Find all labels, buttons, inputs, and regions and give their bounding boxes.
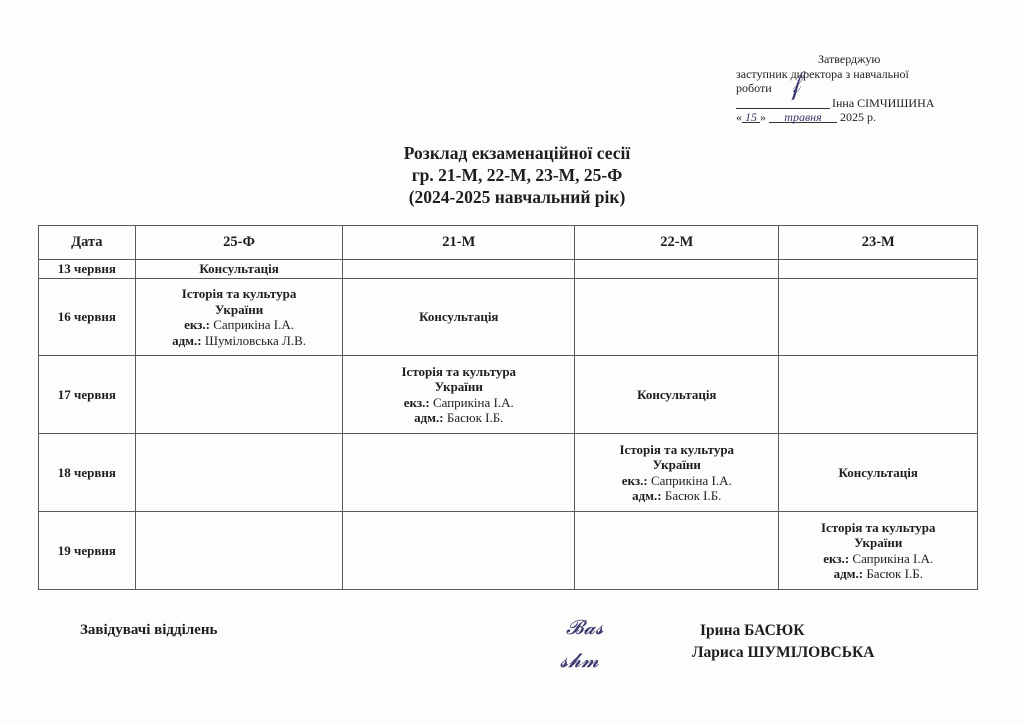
cell-empty (135, 356, 343, 434)
table-row: 19 червня Історія та культура України ек… (39, 512, 978, 590)
approval-block: Затверджую заступник директора з навчаль… (736, 52, 976, 125)
table-row: 13 червня Консультація (39, 260, 978, 279)
approval-day: 15 (742, 110, 760, 123)
row-date: 18 червня (39, 434, 136, 512)
header-23m: 23-М (779, 226, 978, 260)
cell-exam: Історія та культура України екз.: Саприк… (343, 356, 575, 434)
header-25f: 25-Ф (135, 226, 343, 260)
footer-name-1: Ірина БАСЮК (694, 620, 874, 642)
header-date: Дата (39, 226, 136, 260)
approval-signature-line: Інна СІМЧИШИНА (736, 96, 976, 111)
cell-empty (135, 512, 343, 590)
signature-icon: 𝓑𝓪𝓼 (566, 615, 604, 639)
signature-blank (736, 96, 830, 109)
cell-exam: Історія та культура України екз.: Саприк… (779, 512, 978, 590)
approval-date: «15»травня2025 р. (736, 110, 976, 125)
table-header-row: Дата 25-Ф 21-М 22-М 23-М (39, 226, 978, 260)
cell-empty (135, 434, 343, 512)
cell-empty (779, 356, 978, 434)
exam-schedule-table: Дата 25-Ф 21-М 22-М 23-М 13 червня Консу… (38, 225, 978, 590)
cell-consultation: Консультація (575, 356, 779, 434)
cell-consultation: Консультація (779, 434, 978, 512)
cell-empty (575, 279, 779, 356)
cell-empty (779, 279, 978, 356)
cell-empty (343, 512, 575, 590)
cell-empty (343, 434, 575, 512)
approval-heading: Затверджую (736, 52, 976, 67)
table-row: 18 червня Історія та культура України ек… (39, 434, 978, 512)
table-row: 17 червня Історія та культура України ек… (39, 356, 978, 434)
approval-position: заступник директора з навчальної (736, 67, 976, 82)
row-date: 17 червня (39, 356, 136, 434)
signature-icon: 𝓼𝓱𝓶 (560, 648, 599, 672)
cell-empty (779, 260, 978, 279)
row-date: 19 червня (39, 512, 136, 590)
header-22m: 22-М (575, 226, 779, 260)
approval-signer: Інна СІМЧИШИНА (832, 96, 934, 111)
cell-exam: Історія та культура України екз.: Саприк… (135, 279, 343, 356)
footer-names: Ірина БАСЮК Лариса ШУМІЛОВСЬКА (694, 620, 874, 664)
footer-name-2: Лариса ШУМІЛОВСЬКА (692, 642, 874, 664)
row-date: 16 червня (39, 279, 136, 356)
cell-consultation: Консультація (343, 279, 575, 356)
header-21m: 21-М (343, 226, 575, 260)
cell-empty (343, 260, 575, 279)
table-row: 16 червня Історія та культура України ек… (39, 279, 978, 356)
row-date: 13 червня (39, 260, 136, 279)
footer-label: Завідувачі відділень (80, 622, 217, 639)
cell-consultation: Консультація (135, 260, 343, 279)
approval-position-cont: роботи (736, 81, 976, 96)
approval-year: 2025 р. (840, 110, 876, 124)
cell-empty (575, 260, 779, 279)
cell-exam: Історія та культура України екз.: Саприк… (575, 434, 779, 512)
approval-month: травня (769, 110, 837, 123)
cell-empty (575, 512, 779, 590)
document-title: Розклад екзаменаційної сесії гр. 21-М, 2… (0, 142, 1024, 208)
